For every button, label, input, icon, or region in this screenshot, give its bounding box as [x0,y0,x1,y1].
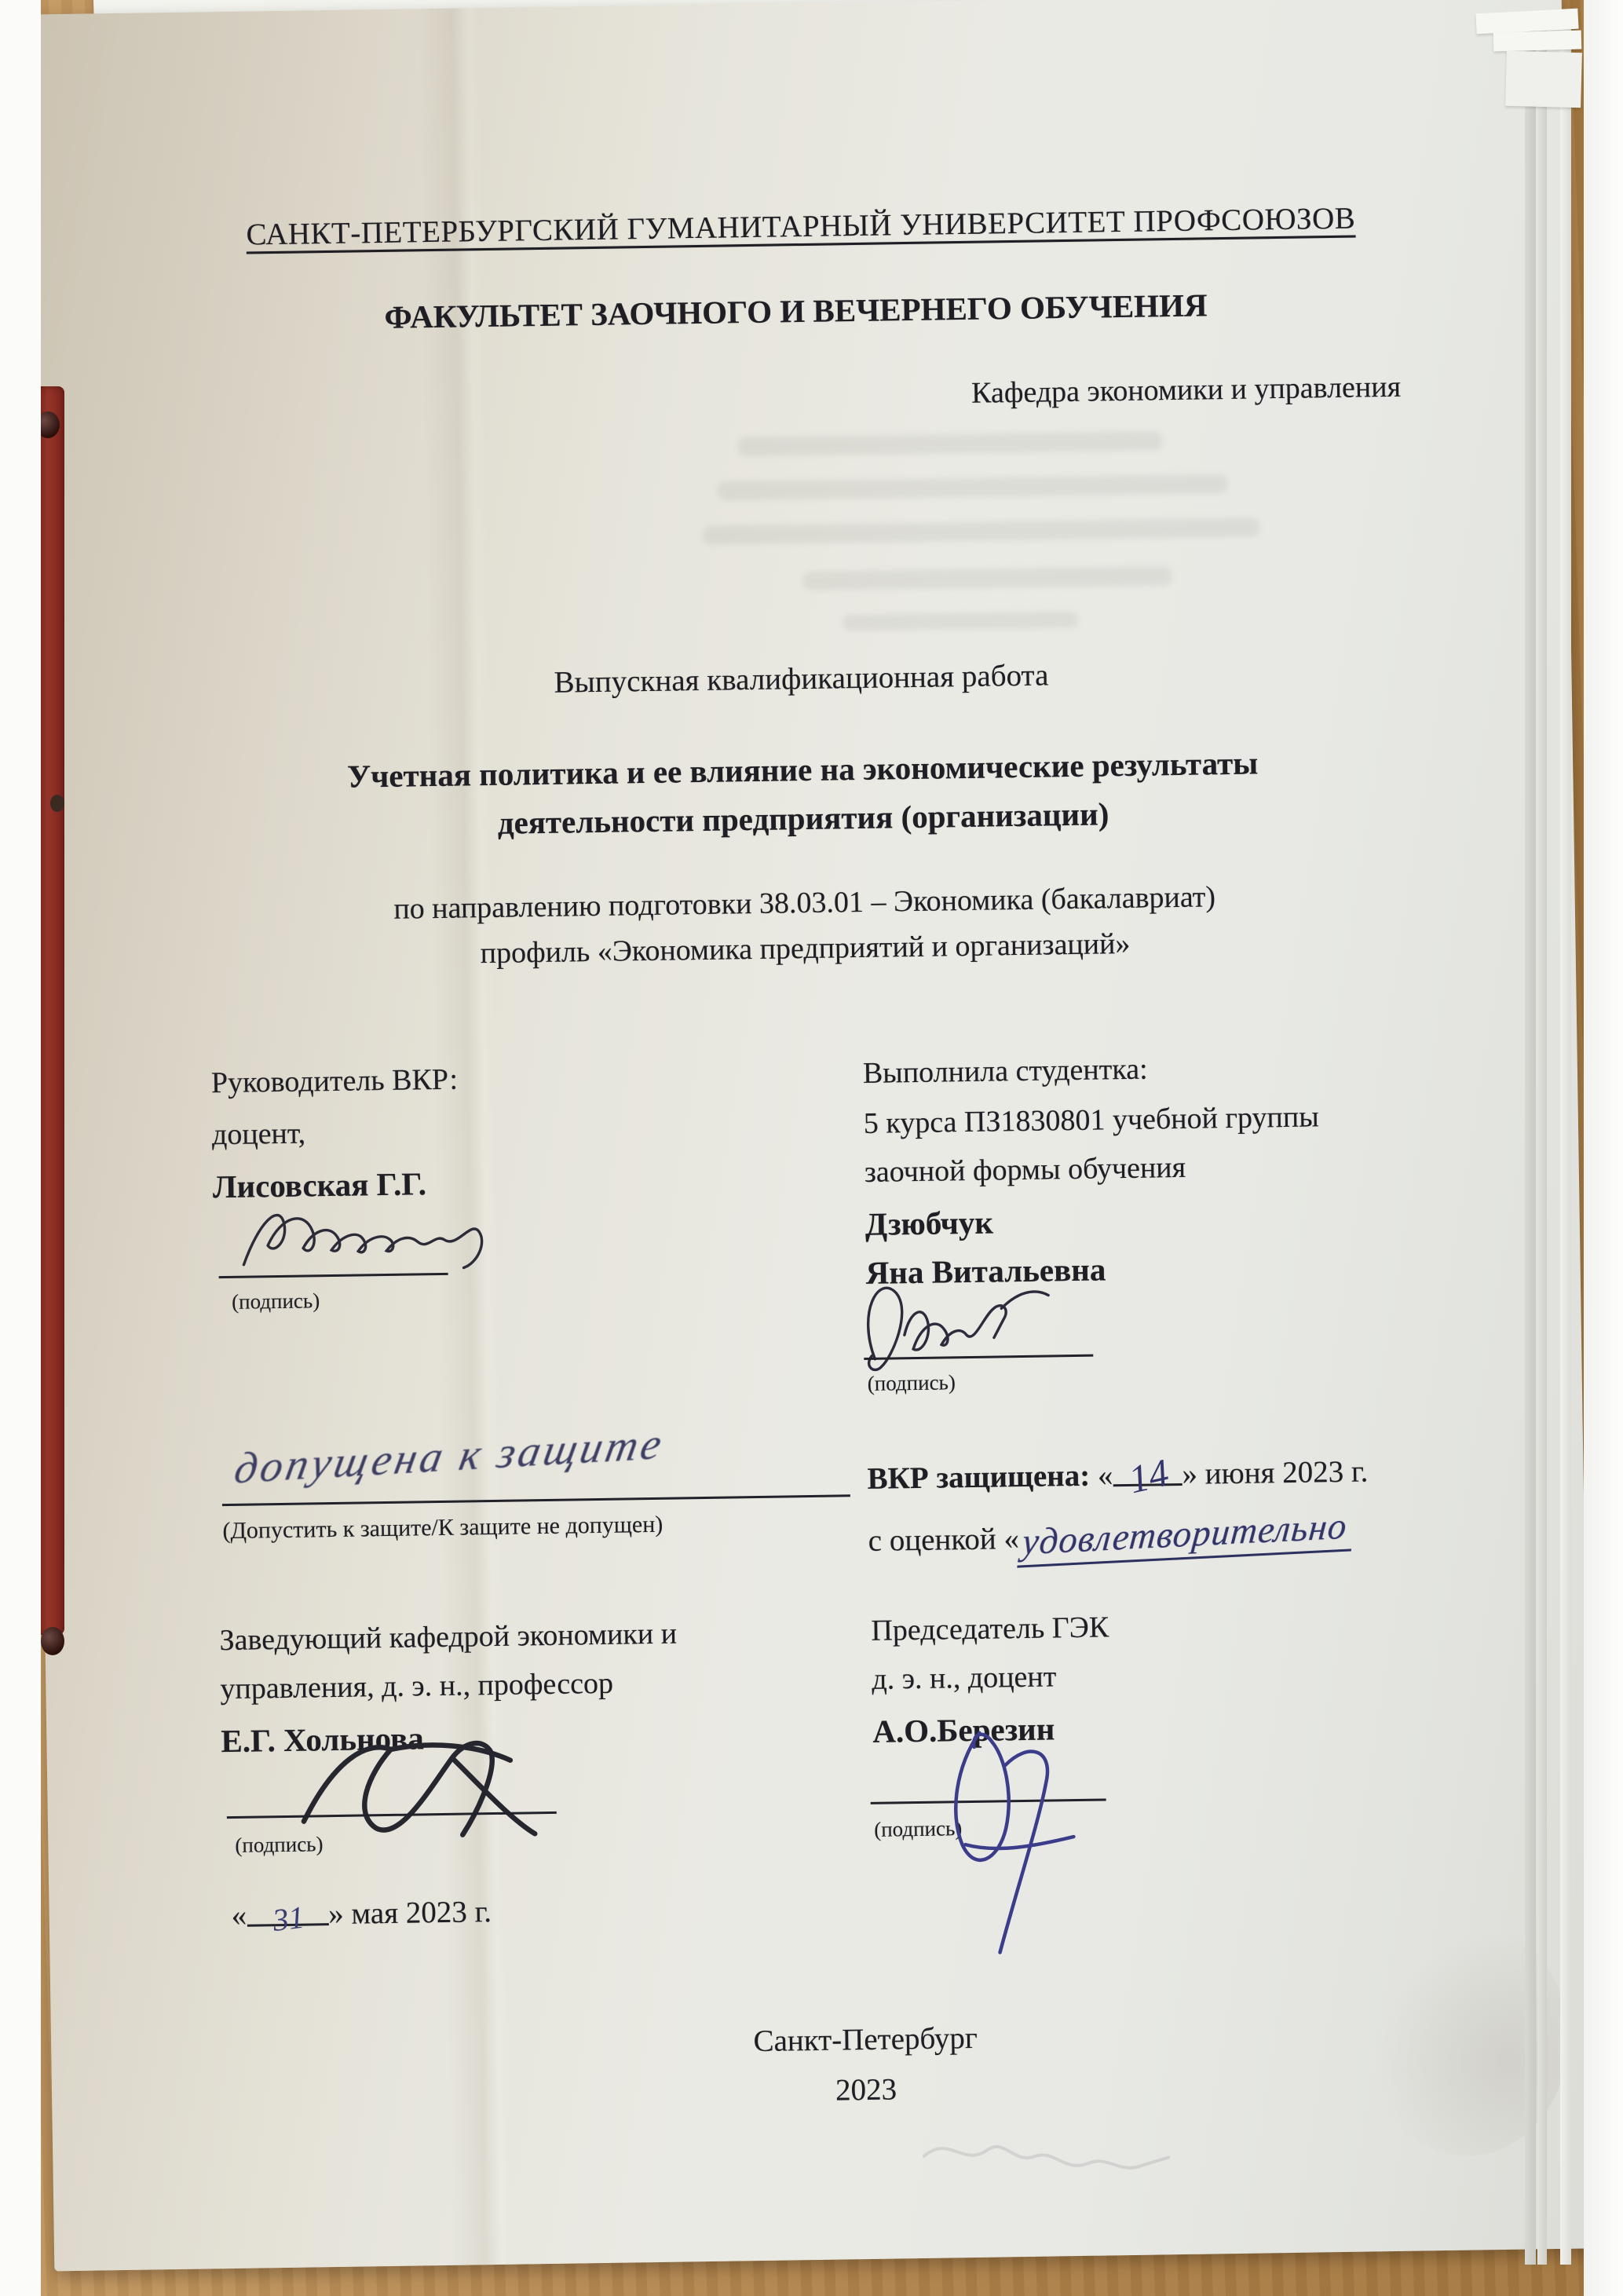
program-line: по направлению подготовки 38.03.01 – Эко… [393,879,1215,927]
faculty-name: ФАКУЛЬТЕТ ЗАОЧНОГО И ВЕЧЕРНЕГО ОБУЧЕНИЯ [384,286,1208,336]
thesis-title-line2: деятельности предприятия (организации) [497,795,1109,842]
student-form-line: заочной формы обучения [864,1150,1186,1190]
city: Санкт-Петербург [753,2020,978,2059]
approval-date-line: «31» мая 2023 г. [231,1894,492,1933]
photo-margin-left [0,0,41,2296]
defense-rest: » июня 2023 г. [1182,1454,1369,1491]
student-signature-caption: (подпись) [868,1370,956,1396]
page-stack-edge [1525,13,1536,2265]
photo-of-title-page: САНКТ-ПЕТЕРБУРГСКИЙ ГУМАНИТАРНЫЙ УНИВЕРС… [0,0,1623,2296]
binder-rivet-bottom [41,1627,64,1655]
approval-day-line: 31 [247,1904,328,1927]
supervisor-signature [236,1186,497,1284]
open-quote: « [1098,1458,1113,1492]
student-signature [847,1260,1061,1385]
head-dept-line1: Заведующий кафедрой экономики и [219,1617,677,1658]
admission-line [222,1494,850,1506]
faint-scribble [914,2108,1179,2206]
title-page: САНКТ-ПЕТЕРБУРГСКИЙ ГУМАНИТАРНЫЙ УНИВЕРС… [21,0,1595,2271]
year: 2023 [835,2071,897,2108]
head-dept-line2: управления, д. э. н., профессор [220,1666,613,1706]
approval-day-handwritten: 31 [272,1908,305,1931]
grade-prefix: с оценкой « [868,1522,1019,1558]
page-stack-edge [1560,13,1571,2265]
supervisor-position: доцент, [212,1116,306,1152]
bleed-through-ghost [738,431,1162,456]
university-name: САНКТ-ПЕТЕРБУРГСКИЙ ГУМАНИТАРНЫЙ УНИВЕРС… [246,201,1355,253]
defense-prefix: ВКР защищена: [867,1459,1090,1496]
gec-chair-line1: Председатель ГЭК [871,1610,1109,1647]
bleed-through-ghost [718,474,1228,501]
page-corner-stack [1493,31,1582,52]
photo-margin-right [1584,0,1623,2296]
student-label: Выполнила студентка: [863,1052,1148,1091]
bleed-through-ghost [703,517,1260,545]
profile-line: профиль «Экономика предприятий и организ… [480,927,1130,971]
supervisor-signature-caption: (подпись) [232,1289,320,1314]
supervisor-label: Руководитель ВКР: [211,1062,459,1101]
head-dept-signature-caption: (подпись) [235,1832,324,1858]
defense-day-line: 14 [1113,1459,1183,1487]
defense-line: ВКР защищена: «14» июня 2023 г. [867,1453,1368,1496]
bleed-through-ghost [843,612,1078,631]
gec-chair-signature [886,1718,1110,1976]
department-name: Кафедра экономики и управления [971,370,1402,411]
admission-caption: (Допустить к защите/К защите не допущен) [222,1512,663,1545]
bleed-through-ghost [802,566,1172,590]
page-corner-stack [1505,51,1582,108]
punch-hole [50,795,64,812]
grade-handwritten: удовлетворительно [1017,1504,1355,1568]
grade-line: с оценкой «удовлетворительно [868,1511,1354,1564]
student-group-line: 5 курса ПЗ1830801 учебной группы [864,1099,1319,1141]
gec-chair-line2: д. э. н., доцент [872,1659,1057,1696]
approval-date-rest: » мая 2023 г. [328,1895,492,1931]
student-surname: Дзюбчук [865,1204,993,1243]
page-stack-edge [1548,13,1559,2265]
date-open-quote: « [231,1899,247,1932]
defense-day-handwritten: 14 [1127,1460,1170,1491]
head-dept-signature [274,1724,605,1851]
page-stack-edge [1537,13,1547,2265]
work-type: Выпускная квалификационная работа [554,657,1048,700]
